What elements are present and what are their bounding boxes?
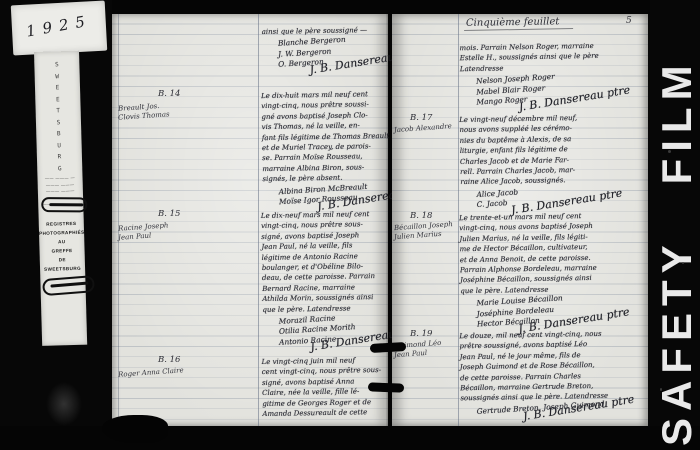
strip-letter: G: [37, 162, 82, 175]
paper-clip-bar: [50, 281, 88, 287]
entry-body: mois. Parrain Nelson Roger, marraineEste…: [459, 41, 599, 110]
film-edge: SAFETY FILM: [650, 0, 700, 450]
entry-margin: B. 16Roger Anna Claire: [118, 356, 256, 375]
stamp-line: SWEETSBURG: [40, 264, 85, 274]
strip-vertical-title: SWEETSBURG: [34, 59, 82, 175]
entry-body: Le douze, mil neuf cent vingt-cinq, nous…: [459, 329, 608, 419]
entry-margin: B. 17Jacob Alexandre: [394, 114, 456, 133]
year-label: 1925: [25, 11, 93, 40]
entry-body: Le dix-huit mars mil neuf centvingt-cinq…: [261, 89, 390, 210]
film-top-border: [112, 0, 650, 14]
entry-body: Le dix-neuf mars mil neuf centvingt-cinq…: [261, 209, 376, 350]
entry-margin: B. 15Racine JosephJean Paul: [118, 210, 256, 238]
entry-body: Le trente-et-un mars mil neuf centvingt-…: [459, 211, 598, 332]
microfilm-scan: ainsi que le père soussigné —Blanche Ber…: [0, 0, 700, 450]
entry-body: Le vingt-neuf décembre mil neuf,nous avo…: [459, 113, 579, 213]
entry-body: Le vingt-cinq juin mil neufcent vingt-ci…: [261, 355, 381, 420]
entry-body: ainsi que le père soussigné —Blanche Ber…: [262, 25, 375, 73]
film-smudge: [46, 382, 82, 426]
binding-fastener: [370, 342, 406, 353]
dust-speck: [682, 262, 684, 264]
register-book: ainsi que le père soussigné —Blanche Ber…: [112, 14, 648, 426]
entry-margin: B. 18Bécaillon JosephJulien Marius: [394, 212, 456, 240]
safety-film-label: SAFETY FILM: [650, 0, 700, 450]
year-card: 1925: [11, 1, 107, 56]
handwritten-line: Athilda Morin, soussignés ainsi: [262, 292, 375, 304]
handwritten-line: cent vingt-cinq, nous prêtre sous-: [262, 365, 382, 377]
page-heading: Cinquième feuillet: [464, 16, 574, 31]
archive-label-strip: SWEETSBURG —— ——— — ——— —————— ————— ———…: [34, 51, 87, 346]
paper-clip: [42, 275, 95, 296]
right-page: Cinquième feuillet 5 mois. Parrain Nelso…: [392, 14, 648, 426]
entry-margin: B. 14Breault Jos.Clovis Thomas: [118, 90, 256, 118]
paper-clip-bar: [49, 203, 83, 206]
illegible-print-line: —— ——— — ——— ———: [37, 175, 82, 189]
left-page-margin-rule: [258, 14, 259, 426]
binding-fastener: [368, 382, 404, 392]
film-defect-blob: [102, 415, 168, 443]
entry-margin-name: Jacob Alexandre: [394, 121, 456, 134]
left-page: ainsi que le père soussigné —Blanche Ber…: [112, 14, 388, 426]
page-number: 5: [626, 16, 632, 26]
strip-stamp-text: REGISTRESPHOTOGRAPHIÉSAUGREFFEDESWEETSBU…: [39, 219, 85, 274]
paper-clip: [41, 197, 87, 212]
handwritten-line: Amanda Dessureault de cette: [262, 407, 382, 419]
dust-speck: [668, 150, 671, 153]
dust-speck: [660, 388, 662, 391]
